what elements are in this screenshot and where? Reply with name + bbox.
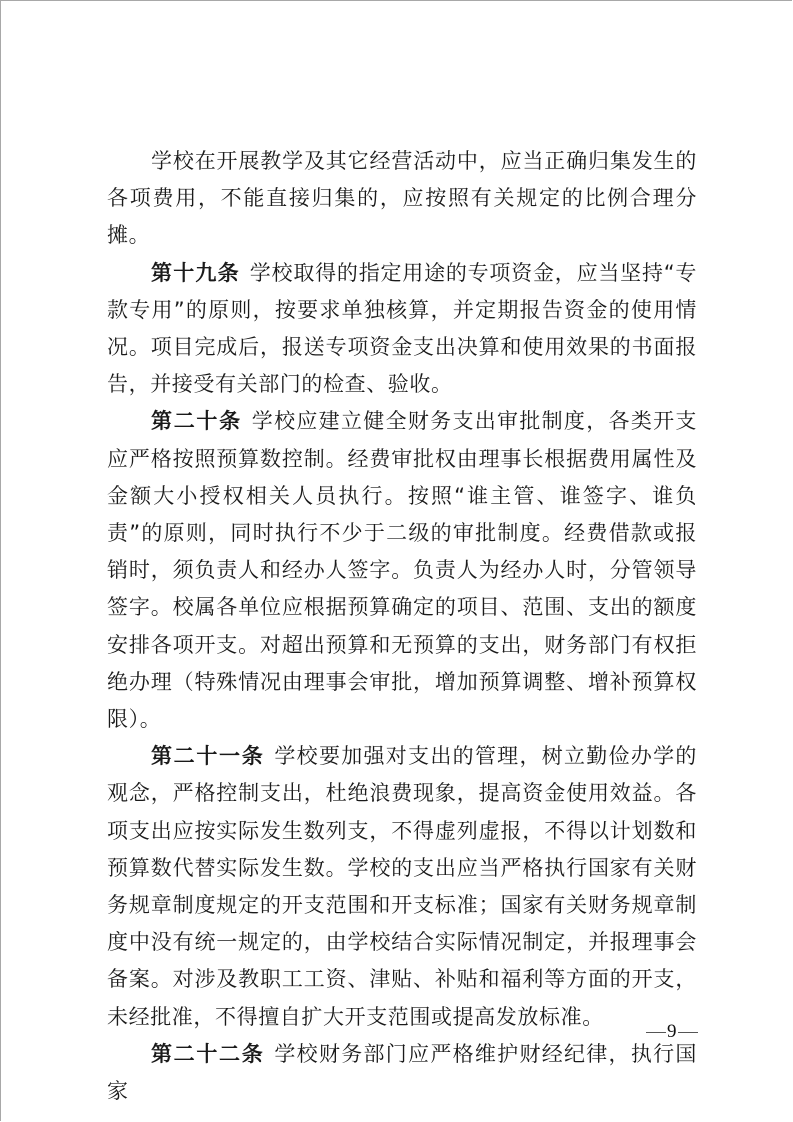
article-label: 第二十一条 <box>151 744 264 768</box>
paragraph-article-22: 第二十二条学校财务部门应严格维护财经纪律，执行国家 <box>107 1036 697 1110</box>
article-label: 第二十条 <box>151 409 242 433</box>
paragraph-text: 学校要加强对支出的管理，树立勤俭办学的观念，严格控制支出，杜绝浪费现象，提高资金… <box>107 744 697 1028</box>
paragraph-text: 学校应建立健全财务支出审批制度，各类开支应严格按照预算数控制。经费审批权由理事长… <box>107 409 697 731</box>
paragraph-article-21: 第二十一条学校要加强对支出的管理，树立勤俭办学的观念，严格控制支出，杜绝浪费现象… <box>107 738 697 1036</box>
document-body: 学校在开展教学及其它经营活动中，应当正确归集发生的各项费用，不能直接归集的，应按… <box>107 143 697 1110</box>
paragraph-intro: 学校在开展教学及其它经营活动中，应当正确归集发生的各项费用，不能直接归集的，应按… <box>107 143 697 255</box>
page-number-dash-left <box>646 1032 666 1033</box>
document-page: 学校在开展教学及其它经营活动中，应当正确归集发生的各项费用，不能直接归集的，应按… <box>0 0 792 1121</box>
page-number-value: 9 <box>666 1021 678 1043</box>
paragraph-text: 学校在开展教学及其它经营活动中，应当正确归集发生的各项费用，不能直接归集的，应按… <box>107 149 697 247</box>
paragraph-article-19: 第十九条学校取得的指定用途的专项资金，应当坚持“专款专用”的原则，按要求单独核算… <box>107 255 697 404</box>
page-number-dash-right <box>678 1032 698 1033</box>
page-number: 9 <box>646 1021 698 1043</box>
article-label: 第二十二条 <box>151 1042 264 1066</box>
paragraph-article-20: 第二十条学校应建立健全财务支出审批制度，各类开支应严格按照预算数控制。经费审批权… <box>107 403 697 738</box>
article-label: 第十九条 <box>151 261 240 285</box>
